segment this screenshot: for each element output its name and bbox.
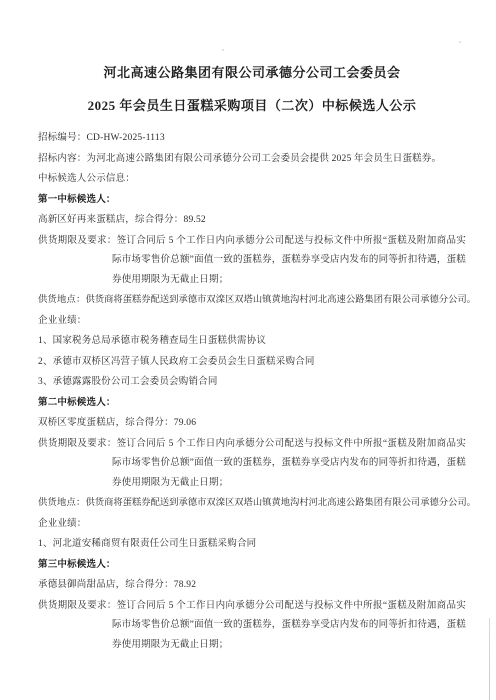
candidate1-performance-item: 1、国家税务总局承德市税务稽查局生日蛋糕供需协议 <box>38 332 466 352</box>
candidate2-performance-label: 企业业绩： <box>38 515 466 535</box>
candidate2-supply-terms-text: 签订合同后 5 个工作日内向承德分公司配送与投标文件中所报“蛋糕及附加商品实际市… <box>112 439 466 488</box>
candidate2-supply-terms: 供货期限及要求：签订合同后 5 个工作日内向承德分公司配送与投标文件中所报“蛋糕… <box>38 435 466 494</box>
candidate1-performance-label: 企业业绩： <box>38 312 466 332</box>
document-title-line1: 河北高速公路集团有限公司承德分公司工会委员会 <box>38 64 466 82</box>
scan-artifact-edge <box>489 618 490 700</box>
info-heading: 中标候选人公示信息： <box>38 170 466 190</box>
candidate2-supply-location-text: 供货商将蛋糕券配送到承德市双滦区双塔山镇黄地沟村河北高速公路集团有限公司承德分公… <box>86 498 476 508</box>
candidate1-heading: 第一中标候选人： <box>38 191 466 211</box>
candidate1-supply-terms: 供货期限及要求：签订合同后 5 个工作日内向承德分公司配送与投标文件中所报“蛋糕… <box>38 232 466 291</box>
candidate2-supply-location-label: 供货地点： <box>38 498 86 508</box>
candidate1-supply-location-label: 供货地点： <box>38 295 86 305</box>
candidate1-supply-terms-label: 供货期限及要求： <box>38 236 117 246</box>
candidate3-supply-terms: 供货期限及要求：签订合同后 5 个工作日内向承德分公司配送与投标文件中所报“蛋糕… <box>38 597 466 656</box>
bid-number-value: CD-HW-2025-1113 <box>87 133 165 143</box>
candidate1-supply-location: 供货地点：供货商将蛋糕券配送到承德市双滦区双塔山镇黄地沟村河北高速公路集团有限公… <box>38 291 466 311</box>
candidate1-supply-terms-text: 签订合同后 5 个工作日内向承德分公司配送与投标文件中所报“蛋糕及附加商品实际市… <box>112 236 466 285</box>
candidate3-name-score: 承德县御尚甜品店，综合得分：78.92 <box>38 576 466 596</box>
bid-content-line: 招标内容：为河北高速公路集团有限公司承德分公司工会委员会提供 2025 年会员生… <box>38 150 466 170</box>
candidate3-supply-terms-text: 签订合同后 5 个工作日内向承德分公司配送与投标文件中所报“蛋糕及附加商品实际市… <box>112 601 466 650</box>
candidate2-supply-location: 供货地点：供货商将蛋糕券配送到承德市双滦区双塔山镇黄地沟村河北高速公路集团有限公… <box>38 494 466 514</box>
document-title-line2: 2025 年会员生日蛋糕采购项目（二次）中标候选人公示 <box>38 97 466 115</box>
bid-content-label: 招标内容： <box>38 154 87 164</box>
bid-content-value: 为河北高速公路集团有限公司承德分公司工会委员会提供 2025 年会员生日蛋糕券。 <box>87 154 442 164</box>
candidate2-name-score: 双桥区零度蛋糕店，综合得分：79.06 <box>38 414 466 434</box>
scan-artifact-speck <box>459 41 461 43</box>
scan-artifact-speck <box>222 49 224 51</box>
candidate3-supply-terms-label: 供货期限及要求： <box>38 601 117 611</box>
candidate2-performance-item: 1、河北道安稀商贸有限责任公司生日蛋糕采购合同 <box>38 535 466 555</box>
candidate3-heading: 第三中标候选人： <box>38 556 466 576</box>
bid-number-line: 招标编号：CD-HW-2025-1113 <box>38 129 466 149</box>
candidate1-performance-item: 2、承德市双桥区冯营子镇人民政府工会委员会生日蛋糕采购合同 <box>38 353 466 373</box>
document-content: 河北高速公路集团有限公司承德分公司工会委员会 2025 年会员生日蛋糕采购项目（… <box>0 0 496 655</box>
candidate2-supply-terms-label: 供货期限及要求： <box>38 439 117 449</box>
candidate1-supply-location-text: 供货商将蛋糕券配送到承德市双滦区双塔山镇黄地沟村河北高速公路集团有限公司承德分公… <box>86 295 476 305</box>
candidate1-performance-item: 3、承德露露股份公司工会委员会购销合同 <box>38 373 466 393</box>
candidate1-name-score: 高新区好再来蛋糕店，综合得分：89.52 <box>38 211 466 231</box>
scanned-notice-page: 河北高速公路集团有限公司承德分公司工会委员会 2025 年会员生日蛋糕采购项目（… <box>0 0 496 700</box>
candidate2-heading: 第二中标候选人： <box>38 394 466 414</box>
bid-number-label: 招标编号： <box>38 133 87 143</box>
